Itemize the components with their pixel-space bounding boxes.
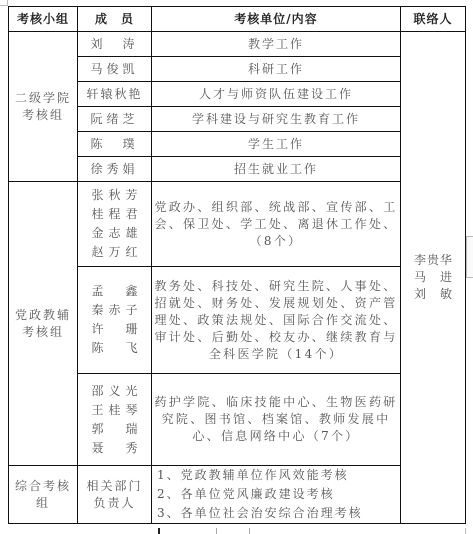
group-name-line: 综合考核 bbox=[9, 478, 77, 495]
contact-name: 李贵华 bbox=[414, 252, 452, 269]
header-members: 成 员 bbox=[78, 7, 152, 32]
unit-cell: 学科建设与研究生教育工作 bbox=[152, 107, 401, 132]
group-name-line: 党政教辅 bbox=[9, 307, 77, 324]
member-cell: 张秋芳 桂程君 金志雄 赵万红 bbox=[78, 182, 152, 267]
unit-cell: 党政办、组织部、统战部、宣传部、工会、保卫处、学工处、离退休工作处、（8个） bbox=[152, 182, 401, 267]
header-units: 考核单位/内容 bbox=[152, 7, 401, 32]
member-name: 相关部门 bbox=[78, 478, 151, 495]
table-row: 轩辕秋艳 人才与师资队伍建设工作 bbox=[9, 82, 466, 107]
member-name: 郭 瑞 bbox=[92, 420, 138, 439]
group-name-line: 组 bbox=[9, 495, 77, 512]
member-name: 陈 飞 bbox=[92, 339, 138, 358]
table-row: 二级学院 考核组 刘 涛 教学工作 李贵华 马 进 刘 敏 bbox=[9, 32, 466, 57]
unit-cell: 药护学院、临床技能中心、生物医药研究院、图书馆、档案馆、教师发展中心、信息网络中… bbox=[152, 374, 401, 466]
table-row: 综合考核 组 相关部门 负责人 1、党政教辅单位作风效能考核 2、各单位党风廉政… bbox=[9, 466, 466, 524]
page-break-marker bbox=[216, 528, 250, 534]
assessment-item: 3、各单位社会治安综合治理考核 bbox=[152, 504, 400, 523]
group-name-line: 考核组 bbox=[9, 107, 77, 124]
member-name: 赵万红 bbox=[92, 243, 138, 262]
member-cell: 相关部门 负责人 bbox=[78, 466, 152, 524]
member-cell: 轩辕秋艳 bbox=[78, 82, 152, 107]
header-contact: 联络人 bbox=[401, 7, 466, 32]
table-row: 徐秀娟 招生就业工作 bbox=[9, 157, 466, 182]
member-cell: 孟 鑫 秦赤子 许 珊 陈 飞 bbox=[78, 267, 152, 374]
member-cell: 徐秀娟 bbox=[78, 157, 152, 182]
header-row: 考核小组 成 员 考核单位/内容 联络人 bbox=[9, 7, 466, 32]
text-cursor-icon bbox=[158, 528, 160, 534]
member-cell: 刘 涛 bbox=[78, 32, 152, 57]
member-cell: 陈 璞 bbox=[78, 132, 152, 157]
unit-cell: 科研工作 bbox=[152, 57, 401, 82]
table-resize-handle[interactable] bbox=[466, 236, 473, 278]
member-cell: 马俊凯 bbox=[78, 57, 152, 82]
unit-cell: 招生就业工作 bbox=[152, 157, 401, 182]
assessment-item: 2、各单位党风廉政建设考核 bbox=[152, 485, 400, 504]
member-name: 邵义光 bbox=[92, 382, 138, 401]
group-name-line: 考核组 bbox=[9, 324, 77, 341]
member-name: 桂程君 bbox=[92, 205, 138, 224]
page-corner-mark bbox=[0, 0, 8, 6]
member-cell: 邵义光 王桂琴 郭 瑞 聂 秀 bbox=[78, 374, 152, 466]
group-cell-college: 二级学院 考核组 bbox=[9, 32, 78, 182]
table-row: 陈 璞 学生工作 bbox=[9, 132, 466, 157]
group-cell-general: 综合考核 组 bbox=[9, 466, 78, 524]
resize-corner-icon[interactable] bbox=[465, 528, 473, 534]
member-name: 许 珊 bbox=[92, 320, 138, 339]
unit-cell: 教务处、科技处、研究生院、人事处、招就处、财务处、发展规划处、资产管理处、政策法… bbox=[152, 267, 401, 374]
unit-cell: 教学工作 bbox=[152, 32, 401, 57]
assessment-group-table: 考核小组 成 员 考核单位/内容 联络人 二级学院 考核组 刘 涛 教学工作 李… bbox=[8, 6, 466, 524]
table-row: 孟 鑫 秦赤子 许 珊 陈 飞 教务处、科技处、研究生院、人事处、招就处、财务处… bbox=[9, 267, 466, 374]
contact-list: 李贵华 马 进 刘 敏 bbox=[414, 252, 452, 303]
member-cell: 阮绪芝 bbox=[78, 107, 152, 132]
table-row: 阮绪芝 学科建设与研究生教育工作 bbox=[9, 107, 466, 132]
header-group: 考核小组 bbox=[9, 7, 78, 32]
assessment-item: 1、党政教辅单位作风效能考核 bbox=[152, 466, 400, 485]
table-row: 党政教辅 考核组 张秋芳 桂程君 金志雄 赵万红 党政办、组织部、统战部、宣传部… bbox=[9, 182, 466, 267]
group-name-line: 二级学院 bbox=[9, 90, 77, 107]
contact-name: 马 进 bbox=[414, 269, 452, 286]
unit-cell: 1、党政教辅单位作风效能考核 2、各单位党风廉政建设考核 3、各单位社会治安综合… bbox=[152, 466, 401, 524]
member-name: 负责人 bbox=[78, 495, 151, 512]
member-name: 王桂琴 bbox=[92, 401, 138, 420]
unit-cell: 人才与师资队伍建设工作 bbox=[152, 82, 401, 107]
member-name: 聂 秀 bbox=[92, 439, 138, 458]
member-name: 金志雄 bbox=[92, 224, 138, 243]
contact-cell: 李贵华 马 进 刘 敏 bbox=[401, 32, 466, 524]
contact-name: 刘 敏 bbox=[414, 286, 452, 303]
table-row: 邵义光 王桂琴 郭 瑞 聂 秀 药护学院、临床技能中心、生物医药研究院、图书馆、… bbox=[9, 374, 466, 466]
unit-cell: 学生工作 bbox=[152, 132, 401, 157]
member-name: 张秋芳 bbox=[92, 186, 138, 205]
member-name: 孟 鑫 bbox=[92, 282, 138, 301]
member-name: 秦赤子 bbox=[92, 301, 138, 320]
group-cell-admin: 党政教辅 考核组 bbox=[9, 182, 78, 466]
table-row: 马俊凯 科研工作 bbox=[9, 57, 466, 82]
page-bottom-marks bbox=[0, 528, 473, 534]
